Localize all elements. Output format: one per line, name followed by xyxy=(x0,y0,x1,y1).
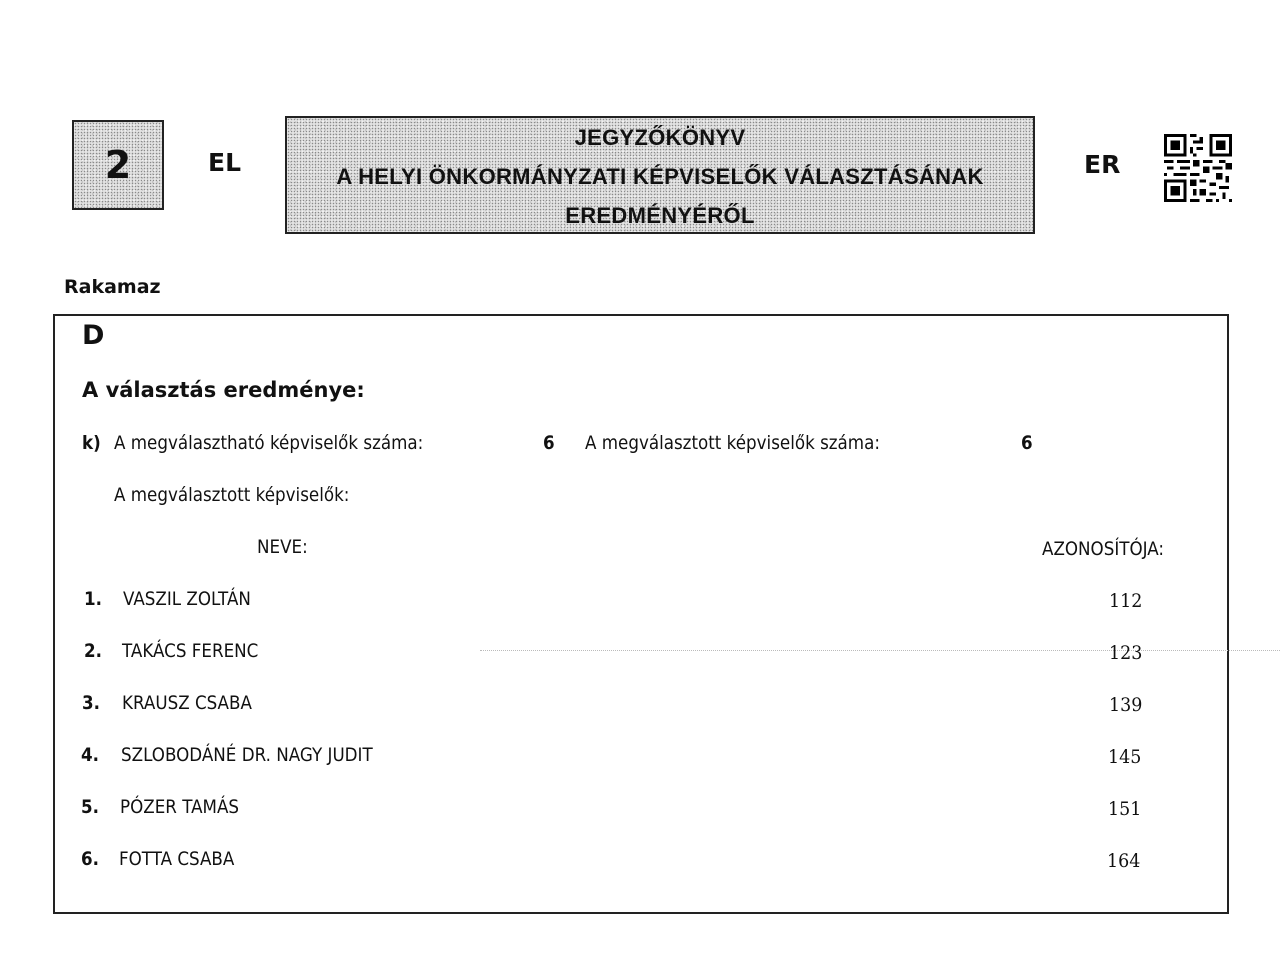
representative-name: VASZIL ZOLTÁN xyxy=(123,588,251,610)
representative-id: 123 xyxy=(1109,642,1142,664)
representative-name: PÓZER TAMÁS xyxy=(120,796,239,818)
electable-count-value: 6 xyxy=(543,432,555,454)
column-header-id: AZONOSÍTÓJA: xyxy=(1042,538,1164,560)
document-title-box: JEGYZŐKÖNYV A HELYI ÖNKORMÁNYZATI KÉPVIS… xyxy=(285,116,1035,234)
page-number: 2 xyxy=(105,143,131,187)
representative-id: 164 xyxy=(1107,850,1140,872)
representative-name: FOTTA CSABA xyxy=(119,848,234,870)
representative-id: 139 xyxy=(1109,694,1142,716)
row-index: 4. xyxy=(81,744,99,766)
representative-id: 112 xyxy=(1109,590,1142,612)
elected-list-label: A megválasztott képviselők: xyxy=(114,484,349,506)
elected-count-value: 6 xyxy=(1021,432,1033,454)
representative-name: SZLOBODÁNÉ DR. NAGY JUDIT xyxy=(121,744,373,766)
representative-id: 151 xyxy=(1108,798,1141,820)
section-title: A választás eredménye: xyxy=(82,378,365,402)
row-index: 5. xyxy=(81,796,99,818)
electable-count-label: A megválasztható képviselők száma: xyxy=(114,432,423,454)
representative-name: KRAUSZ CSABA xyxy=(122,692,252,714)
column-header-name: NEVE: xyxy=(257,536,308,558)
item-label: k) xyxy=(82,432,101,454)
form-code-right: ER xyxy=(1084,150,1120,179)
row-index: 6. xyxy=(81,848,99,870)
document-title-line-1: JEGYZŐKÖNYV xyxy=(287,118,1033,157)
municipality-name: Rakamaz xyxy=(64,276,161,298)
row-index: 3. xyxy=(82,692,100,714)
form-code-left: EL xyxy=(208,148,241,177)
row-index: 2. xyxy=(84,640,102,662)
qr-code-icon xyxy=(1164,134,1232,202)
row-index: 1. xyxy=(84,588,102,610)
representative-id: 145 xyxy=(1108,746,1141,768)
document-title-line-2: A HELYI ÖNKORMÁNYZATI KÉPVISELŐK VÁLASZT… xyxy=(287,157,1033,196)
document-title-line-3: EREDMÉNYÉRŐL xyxy=(287,196,1033,235)
section-letter: D xyxy=(82,320,104,351)
scan-artifact-line xyxy=(480,650,1280,651)
page-number-box: 2 xyxy=(72,120,164,210)
elected-count-label: A megválasztott képviselők száma: xyxy=(585,432,880,454)
results-section-frame xyxy=(53,314,1229,914)
representative-name: TAKÁCS FERENC xyxy=(122,640,258,662)
